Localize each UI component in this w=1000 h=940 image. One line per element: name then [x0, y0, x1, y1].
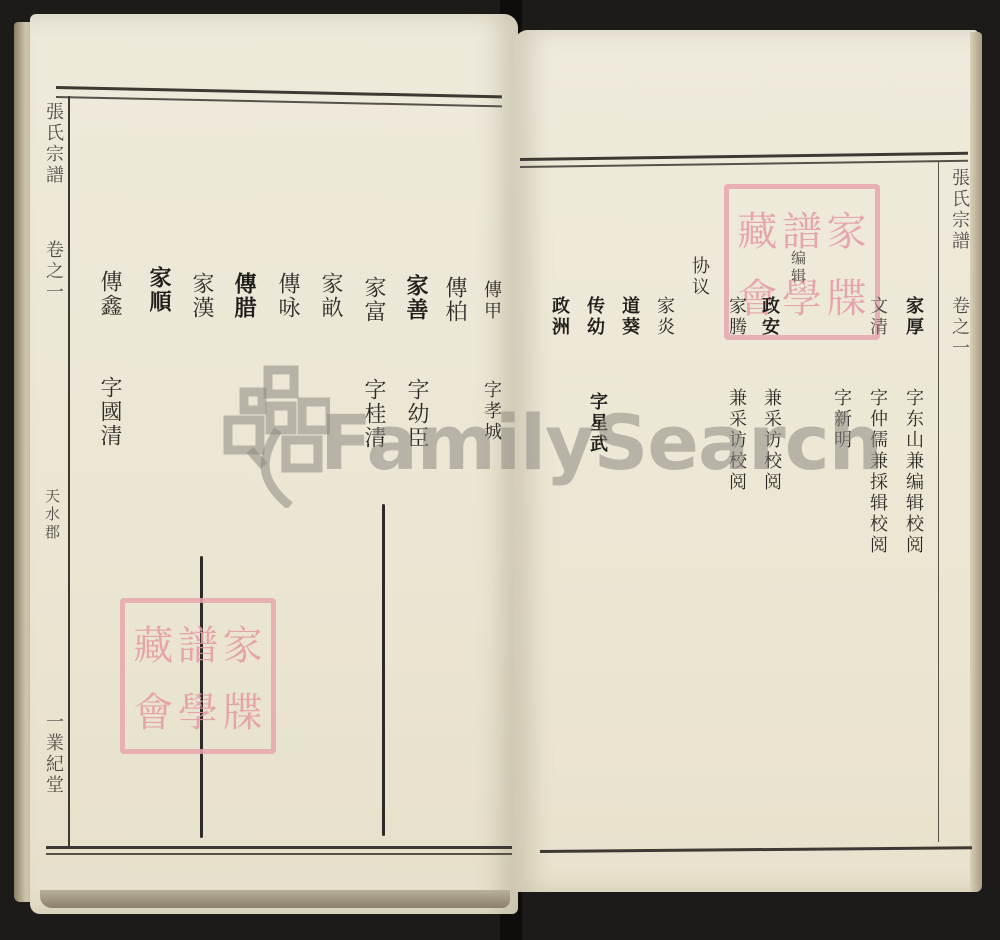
entry-courtesy: 兼采访校阅	[727, 388, 745, 493]
left-margin-rule	[68, 96, 70, 848]
entry-name: 家炎	[655, 296, 673, 338]
left-page-bottom-edge	[40, 890, 510, 908]
entry-name: 家富	[362, 276, 384, 324]
left-margin-region: 天水郡	[44, 488, 59, 542]
lineage-line	[382, 504, 385, 836]
entry-name: 文清	[868, 296, 886, 338]
seal-char: 會	[131, 676, 176, 743]
entry-courtesy: 字新明	[832, 388, 850, 451]
left-margin-hall: 一業紀堂	[44, 712, 62, 796]
left-page	[30, 14, 518, 914]
entry-name: 家漢	[190, 272, 212, 320]
seal-char: 學	[176, 676, 221, 743]
entry-courtesy: 字孝城	[482, 380, 500, 443]
entry-name: 傳腊	[233, 272, 255, 320]
seal-char: 家	[824, 195, 869, 262]
entry-name: 家順	[148, 266, 170, 314]
right-margin-volume: 卷之一	[950, 296, 968, 359]
entry-courtesy: 字國清	[98, 376, 120, 448]
entry-name: 政安	[760, 296, 778, 338]
entry-name: 政洲	[550, 296, 568, 338]
seal-char: 牒	[824, 262, 869, 329]
entry-name: 家善	[405, 274, 427, 322]
seal-char: 家	[220, 609, 265, 676]
right-annotation: 协议	[690, 256, 708, 298]
entry-courtesy: 字东山兼编辑校阅	[904, 388, 922, 556]
entry-courtesy: 字仲儒兼採辑校阅	[868, 388, 886, 556]
right-margin-title: 張氏宗譜	[950, 168, 968, 252]
left-bottom-border-inner	[46, 853, 512, 855]
collector-seal: 藏 譜 家 會 學 牒	[120, 598, 276, 754]
entry-courtesy: 字桂清	[362, 378, 384, 450]
seal-char: 譜	[176, 609, 221, 676]
left-margin-title: 張氏宗譜	[44, 102, 62, 186]
right-margin-rule	[938, 162, 939, 842]
entry-courtesy: 字幼臣	[405, 378, 427, 450]
entry-name: 傳甲	[482, 280, 500, 322]
entry-name: 家厚	[904, 296, 922, 338]
entry-name: 家腾	[727, 296, 745, 338]
entry-name: 傳鑫	[98, 270, 120, 318]
entry-name: 家畝	[319, 272, 341, 320]
entry-annotation: 编辑	[790, 250, 805, 286]
entry-courtesy: 字星武	[588, 392, 606, 455]
entry-name: 傳柏	[443, 276, 465, 324]
seal-char: 藏	[735, 195, 780, 262]
left-margin-volume: 卷之一	[44, 240, 62, 303]
right-page-edge	[970, 32, 982, 892]
seal-char: 藏	[131, 609, 176, 676]
left-bottom-border	[46, 846, 512, 849]
entry-name: 传幼	[585, 296, 603, 338]
entry-name: 傳咏	[276, 272, 298, 320]
entry-courtesy: 兼采访校阅	[762, 388, 780, 493]
seal-char: 牒	[220, 676, 265, 743]
entry-name: 道葵	[620, 296, 638, 338]
